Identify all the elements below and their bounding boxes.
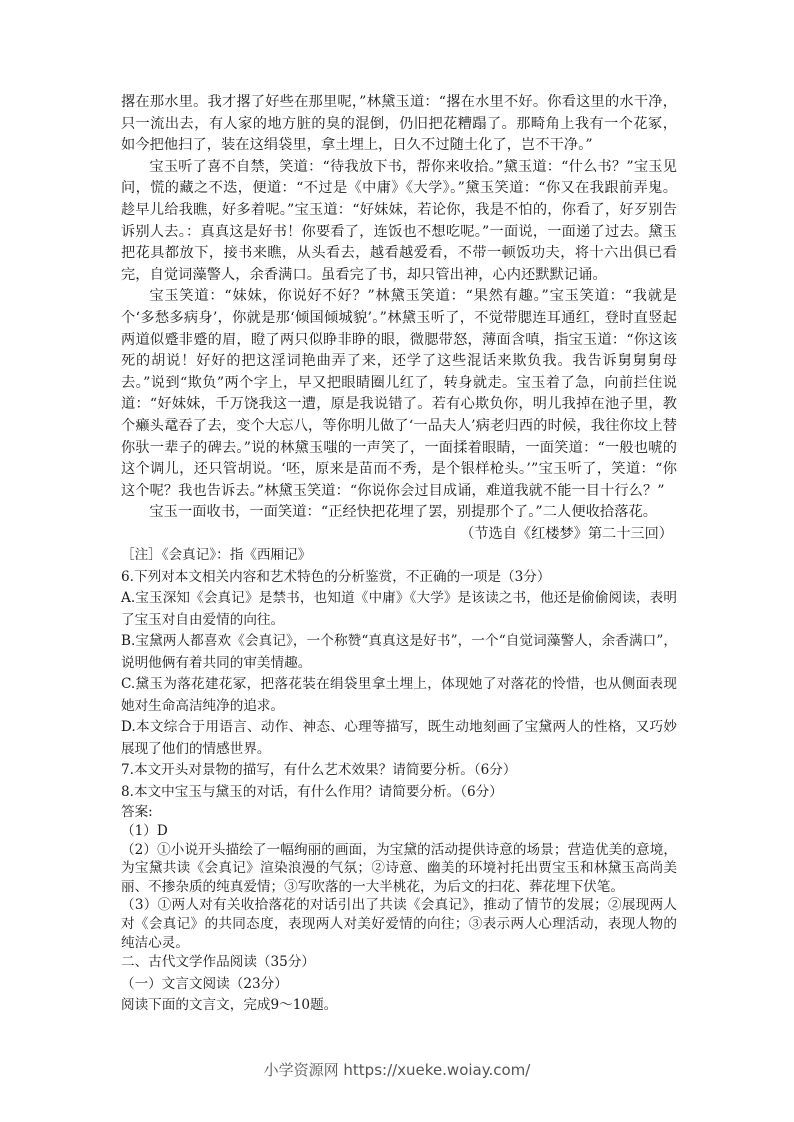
passage-paragraph-3: 宝玉笑道：“妹妹，你说好不好？”林黛玉笑道：“果然有趣。”宝玉笑道：“我就是个‘… (121, 286, 677, 502)
option-b: B.宝黛两人都喜欢《会真记》，一个称赞“真真这是好书”，一个“自觉词藻警人，余香… (121, 631, 677, 674)
question-6: 6.下列对本文相关内容和艺术特色的分析鉴赏，不正确的一项是（3分） (121, 567, 677, 589)
option-a: A.宝玉深知《会真记》是禁书，也知道《中庸》《大学》是该读之书，他还是偷偷阅读，… (121, 588, 677, 631)
option-c: C.黛玉为落花建花冢，把落花装在绢袋里拿土埋上，体现她了对落花的怜惜，也从侧面表… (121, 674, 677, 717)
question-7: 7.本文开头对景物的描写，有什么艺术效果？请简要分析。（6分） (121, 760, 677, 782)
document-page: 撂在那水里。我才撂了好些在那里呢，”林黛玉道：“撂在水里不好。你看这里的水干净，… (121, 92, 677, 1017)
answer-2: （2）①小说开头描绘了一幅绚丽的画面，为宝黛的活动提供诗意的场景；营造优美的意境… (121, 841, 677, 897)
passage-note: ［注］《会真记》：指《西厢记》 (121, 545, 677, 567)
section-2-title: 二、古代文学作品阅读（35分） (121, 952, 677, 974)
passage: 撂在那水里。我才撂了好些在那里呢，”林黛玉道：“撂在水里不好。你看这里的水干净，… (121, 92, 677, 567)
passage-paragraph-4: 宝玉一面收书，一面笑道：“正经快把花埋了罢，别提那个了。”二人便收拾落花。 (121, 502, 677, 524)
answers-label: 答案: (121, 803, 677, 822)
section-2-instruction: 阅读下面的文言文，完成9～10题。 (121, 995, 677, 1017)
questions: 6.下列对本文相关内容和艺术特色的分析鉴赏，不正确的一项是（3分） A.宝玉深知… (121, 567, 677, 804)
answer-1: （1）D (121, 822, 677, 841)
passage-paragraph-1: 撂在那水里。我才撂了好些在那里呢，”林黛玉道：“撂在水里不好。你看这里的水干净，… (121, 92, 677, 157)
footer-watermark: 小学资源网 https://xueke.woiay.com/ (0, 1059, 794, 1080)
answer-3: （3）①两人对有关收拾落花的对话引出了共读《会真记》，推动了情节的发展；②展现两… (121, 896, 677, 952)
question-8: 8.本文中宝玉与黛玉的对话，有什么作用？请简要分析。（6分） (121, 782, 677, 804)
section-2-subtitle: （一）文言文阅读（23分） (121, 974, 677, 996)
option-d: D.本文综合于用语言、动作、神态、心理等描写，既生动地刻画了宝黛两人的性格，又巧… (121, 717, 677, 760)
passage-paragraph-2: 宝玉听了喜不自禁，笑道：“待我放下书，帮你来收拾。”黛玉道：“什么书？”宝玉见问… (121, 157, 677, 287)
passage-source: （节选自《红楼梦》第二十三回） (121, 524, 677, 546)
answers: 答案: （1）D （2）①小说开头描绘了一幅绚丽的画面，为宝黛的活动提供诗意的场… (121, 803, 677, 952)
section-2: 二、古代文学作品阅读（35分） （一）文言文阅读（23分） 阅读下面的文言文，完… (121, 952, 677, 1017)
